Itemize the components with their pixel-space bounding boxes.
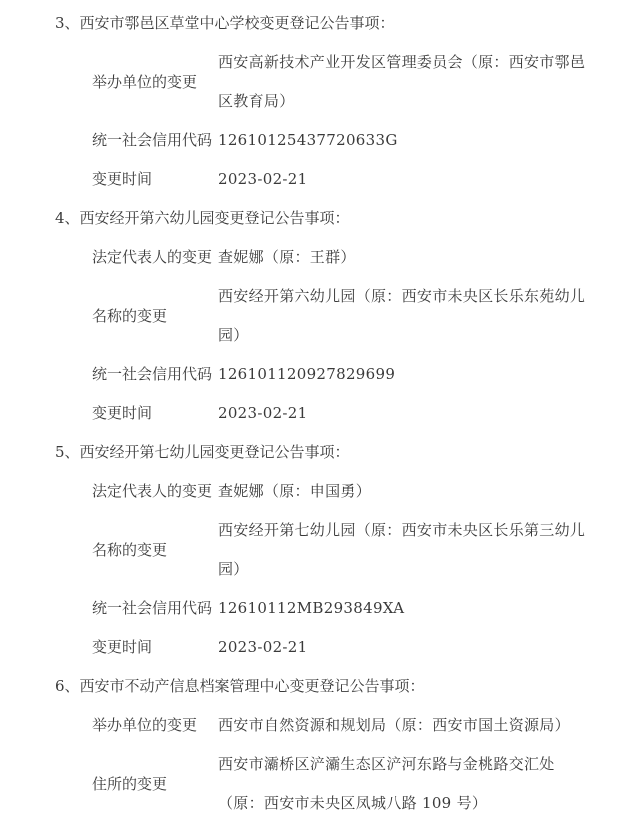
section-heading: 4、西安经开第六幼儿园变更登记公告事项：	[55, 199, 612, 238]
field-label: 统一社会信用代码	[92, 121, 218, 160]
field-value: 查妮娜（原：申国勇）	[218, 472, 612, 511]
field-label: 法定代表人的变更	[92, 472, 218, 511]
field-row: 举办单位的变更 西安市自然资源和规划局（原：西安市国土资源局）	[92, 706, 612, 745]
field-label: 变更时间	[92, 628, 218, 667]
field-value: 2023-02-21	[218, 628, 612, 667]
field-row: 统一社会信用代码 12610112MB293849XA	[92, 589, 612, 628]
field-row: 变更时间 2023-02-21	[92, 628, 612, 667]
field-row: 统一社会信用代码 12610125437720633G	[92, 121, 612, 160]
field-row: 名称的变更 西安经开第六幼儿园（原：西安市未央区长乐东苑幼儿 园）	[92, 277, 612, 355]
announcement-document: 3、西安市鄠邑区草堂中心学校变更登记公告事项： 举办单位的变更 西安高新技术产业…	[0, 0, 624, 816]
field-row: 住所的变更 西安市灞桥区浐灞生态区浐河东路与金桃路交汇处 （原：西安市未央区凤城…	[92, 745, 612, 816]
announcement-section-4: 4、西安经开第六幼儿园变更登记公告事项： 法定代表人的变更 查妮娜（原：王群） …	[55, 199, 612, 433]
field-value: 西安市灞桥区浐灞生态区浐河东路与金桃路交汇处 （原：西安市未央区凤城八路 109…	[218, 745, 612, 816]
field-value: 2023-02-21	[218, 160, 612, 199]
field-row: 统一社会信用代码 126101120927829699	[92, 355, 612, 394]
field-label: 变更时间	[92, 394, 218, 433]
field-row: 名称的变更 西安经开第七幼儿园（原：西安市未央区长乐第三幼儿 园）	[92, 511, 612, 589]
field-row: 法定代表人的变更 查妮娜（原：申国勇）	[92, 472, 612, 511]
field-value: 查妮娜（原：王群）	[218, 238, 612, 277]
section-heading: 3、西安市鄠邑区草堂中心学校变更登记公告事项：	[55, 4, 612, 43]
field-label: 统一社会信用代码	[92, 355, 218, 394]
field-row: 变更时间 2023-02-21	[92, 160, 612, 199]
field-label: 法定代表人的变更	[92, 238, 218, 277]
field-value: 12610112MB293849XA	[218, 589, 612, 628]
field-row: 法定代表人的变更 查妮娜（原：王群）	[92, 238, 612, 277]
field-value: 2023-02-21	[218, 394, 612, 433]
field-value: 126101120927829699	[218, 355, 612, 394]
announcement-section-3: 3、西安市鄠邑区草堂中心学校变更登记公告事项： 举办单位的变更 西安高新技术产业…	[55, 4, 612, 199]
section-heading: 5、西安经开第七幼儿园变更登记公告事项：	[55, 433, 612, 472]
field-value: 西安经开第六幼儿园（原：西安市未央区长乐东苑幼儿 园）	[218, 277, 612, 355]
field-label: 举办单位的变更	[92, 63, 218, 102]
field-value: 12610125437720633G	[218, 121, 612, 160]
section-heading: 6、西安市不动产信息档案管理中心变更登记公告事项：	[55, 667, 612, 706]
announcement-section-5: 5、西安经开第七幼儿园变更登记公告事项： 法定代表人的变更 查妮娜（原：申国勇）…	[55, 433, 612, 667]
field-label: 住所的变更	[92, 765, 218, 804]
field-row: 变更时间 2023-02-21	[92, 394, 612, 433]
field-label: 名称的变更	[92, 531, 218, 570]
field-label: 举办单位的变更	[92, 706, 218, 745]
field-value: 西安市自然资源和规划局（原：西安市国土资源局）	[218, 706, 612, 745]
field-value: 西安高新技术产业开发区管理委员会（原：西安市鄠邑 区教育局）	[218, 43, 612, 121]
field-label: 名称的变更	[92, 297, 218, 336]
field-label: 变更时间	[92, 160, 218, 199]
field-value: 西安经开第七幼儿园（原：西安市未央区长乐第三幼儿 园）	[218, 511, 612, 589]
field-label: 统一社会信用代码	[92, 589, 218, 628]
announcement-section-6: 6、西安市不动产信息档案管理中心变更登记公告事项： 举办单位的变更 西安市自然资…	[55, 667, 612, 816]
field-row: 举办单位的变更 西安高新技术产业开发区管理委员会（原：西安市鄠邑 区教育局）	[92, 43, 612, 121]
